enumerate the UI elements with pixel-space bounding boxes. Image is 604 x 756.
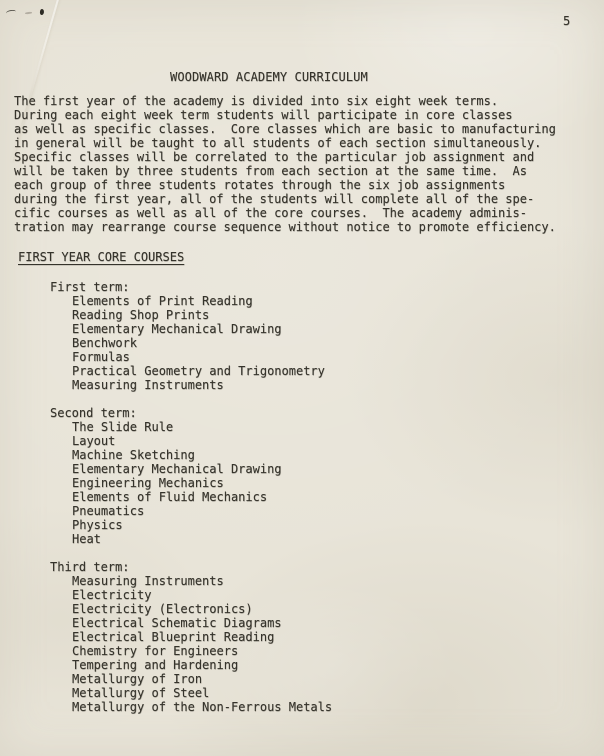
- paragraph-line: Specific classes will be correlated to t…: [14, 150, 556, 164]
- course-item: Chemistry for Engineers: [72, 644, 332, 658]
- course-item: Electrical Blueprint Reading: [72, 630, 332, 644]
- section-heading: FIRST YEAR CORE COURSES: [18, 250, 184, 264]
- course-item: Formulas: [72, 350, 332, 364]
- pen-mark-squiggle: [6, 10, 16, 16]
- paragraph-line: during the first year, all of the studen…: [14, 192, 556, 206]
- course-item: Elementary Mechanical Drawing: [72, 322, 332, 336]
- intro-paragraph: The first year of the academy is divided…: [14, 94, 556, 234]
- course-item: Electricity: [72, 588, 332, 602]
- course-item: Machine Sketching: [72, 448, 332, 462]
- course-item: Benchwork: [72, 336, 332, 350]
- course-item: Layout: [72, 434, 332, 448]
- course-list: Elements of Print ReadingReading Shop Pr…: [0, 294, 332, 392]
- course-item: Practical Geometry and Trigonometry: [72, 364, 332, 378]
- paragraph-line: cific courses as well as all of the core…: [14, 206, 556, 220]
- term-block-second: Second term: The Slide RuleLayoutMachine…: [0, 406, 332, 546]
- term-block-third: Third term: Measuring InstrumentsElectri…: [0, 560, 332, 714]
- course-item: Tempering and Hardening: [72, 658, 332, 672]
- paragraph-line: will be taken by three students from eac…: [14, 164, 556, 178]
- course-item: Elements of Print Reading: [72, 294, 332, 308]
- course-list: Measuring InstrumentsElectricityElectric…: [0, 574, 332, 714]
- course-item: Metallurgy of Iron: [72, 672, 332, 686]
- term-block-first: First term: Elements of Print ReadingRea…: [0, 280, 332, 392]
- course-item: Measuring Instruments: [72, 378, 332, 392]
- paragraph-line: each group of three students rotates thr…: [14, 178, 556, 192]
- term-label: Second term:: [0, 406, 332, 420]
- course-item: Metallurgy of the Non-Ferrous Metals: [72, 700, 332, 714]
- course-item: Heat: [72, 532, 332, 546]
- term-label: Third term:: [0, 560, 332, 574]
- course-item: Metallurgy of Steel: [72, 686, 332, 700]
- course-item: Pneumatics: [72, 504, 332, 518]
- term-label: First term:: [0, 280, 332, 294]
- paragraph-line: as well as specific classes. Core classe…: [14, 122, 556, 136]
- pen-mark-faint: [25, 12, 32, 14]
- course-list: The Slide RuleLayoutMachine SketchingEle…: [0, 420, 332, 546]
- paragraph-line: in general will be taught to all student…: [14, 136, 556, 150]
- scanned-document-page: 5 WOODWARD ACADEMY CURRICULUM The first …: [0, 0, 604, 756]
- course-item: Physics: [72, 518, 332, 532]
- page-number: 5: [563, 14, 570, 28]
- paragraph-line: tration may rearrange course sequence wi…: [14, 220, 556, 234]
- course-item: Reading Shop Prints: [72, 308, 332, 322]
- paragraph-line: During each eight week term students wil…: [14, 108, 556, 122]
- course-terms: First term: Elements of Print ReadingRea…: [0, 280, 332, 728]
- pen-mark-dot: [40, 9, 45, 15]
- course-item: Electrical Schematic Diagrams: [72, 616, 332, 630]
- course-item: Measuring Instruments: [72, 574, 332, 588]
- document-title: WOODWARD ACADEMY CURRICULUM: [170, 70, 368, 84]
- course-item: Electricity (Electronics): [72, 602, 332, 616]
- course-item: Elements of Fluid Mechanics: [72, 490, 332, 504]
- course-item: Elementary Mechanical Drawing: [72, 462, 332, 476]
- paragraph-line: The first year of the academy is divided…: [14, 94, 556, 108]
- course-item: The Slide Rule: [72, 420, 332, 434]
- course-item: Engineering Mechanics: [72, 476, 332, 490]
